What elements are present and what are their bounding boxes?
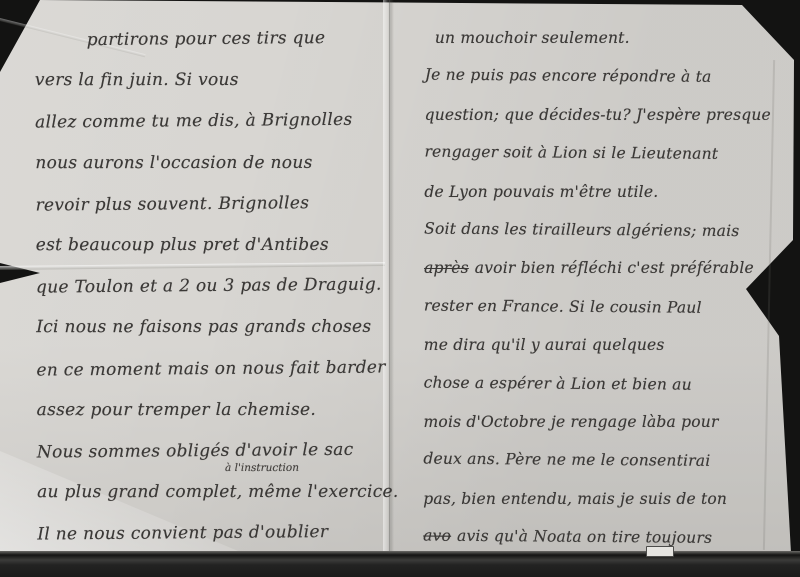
- handwriting-line: en ce moment mais on nous fait barder: [36, 347, 388, 391]
- handwriting-line: aprèsavoir bien réfléchi c'est préférabl…: [424, 249, 792, 287]
- handwriting-line: Je ne puis pas encore répondre à ta: [425, 56, 793, 97]
- handwriting-line: assez pour tremper la chemise.: [37, 390, 389, 431]
- handwriting-line: Ici nous ne faisons pas grands choses: [36, 307, 388, 348]
- handwriting-line: rengager soit à Lion si le Lieutenant: [424, 133, 792, 174]
- letter-photograph: partirons pour ces tirs que vers la fin …: [0, 0, 800, 577]
- handwriting-line: à l'instruction au plus grand complet, m…: [37, 472, 389, 513]
- handwriting-text: avis qu'à Noata on tire toujours: [457, 527, 712, 547]
- handwriting-line: un mouchoir seulement.: [425, 19, 793, 57]
- handwriting-line: Il ne nous convient pas d'oublier: [37, 512, 389, 556]
- handwriting-line: mois d'Octobre je rengage làba pour: [424, 403, 792, 441]
- handwriting-line: allez comme tu me dis, à Brignolles: [35, 100, 387, 144]
- handwriting-line: de Lyon pouvais m'être utile.: [424, 173, 792, 211]
- handwriting-line: vers la fin juin. Si vous: [35, 60, 387, 101]
- letter-page-left: partirons pour ces tirs que vers la fin …: [35, 18, 390, 555]
- bottom-shadow-band: [0, 551, 800, 577]
- paper-chip: [646, 546, 674, 557]
- handwriting-line: deux ans. Père ne me le consentirai: [423, 440, 791, 481]
- handwriting-line: que Toulon et a 2 ou 3 pas de Draguig.: [36, 265, 388, 309]
- letter-page-right: un mouchoir seulement. Je ne puis pas en…: [423, 18, 793, 557]
- handwriting-line: question; que décides-tu? J'espère presq…: [425, 96, 793, 134]
- handwriting-line: rester en France. Si le cousin Paul: [424, 286, 792, 327]
- handwriting-line: revoir plus souvent. Brignolles: [35, 182, 387, 226]
- handwriting-line: partirons pour ces tirs que: [35, 17, 387, 61]
- handwriting-line: nous aurons l'occasion de nous: [35, 142, 387, 183]
- interline-note: à l'instruction: [225, 463, 299, 473]
- handwriting-text: au plus grand complet, même l'exercice.: [37, 482, 399, 502]
- handwriting-line: Soit dans les tirailleurs algériens; mai…: [424, 210, 792, 251]
- handwriting-line: est beaucoup plus pret d'Antibes: [36, 225, 388, 266]
- handwriting-line: Nous sommes obligés d'avoir le sac: [37, 429, 389, 473]
- handwriting-line: pas, bien entendu, mais je suis de ton: [423, 480, 791, 518]
- handwriting-line: me dira qu'il y aurai quelques: [424, 326, 792, 364]
- crossed-out-word: avo: [423, 527, 451, 545]
- center-fold-line: [389, 0, 390, 556]
- crossed-out-word: après: [424, 259, 469, 277]
- handwriting-line: chose a espérer à Lion et bien au: [424, 363, 792, 404]
- handwriting-text: avoir bien réfléchi c'est préférable: [475, 259, 754, 277]
